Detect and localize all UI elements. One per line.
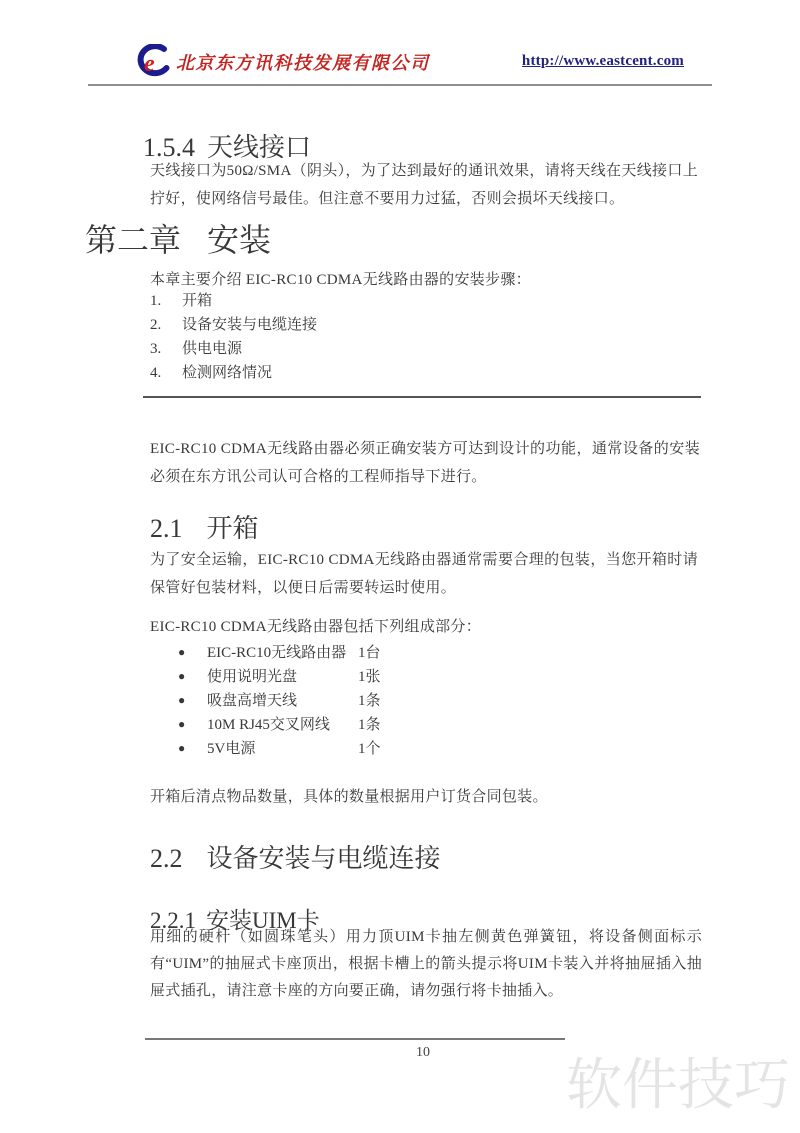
list-item: 设备安装与电缆连接 — [150, 313, 317, 337]
component-name: 使用说明光盘 — [207, 666, 358, 689]
chapter-heading: 第二章安装 — [85, 215, 271, 261]
section-heading-2-2: 2.2设备安装与电缆连接 — [150, 838, 441, 875]
section-number: 2.1 — [150, 514, 183, 543]
paragraph-uim-install: 用细的硬杆（如圆珠笔头）用力顶UIM卡抽左侧黄色弹簧钮，将设备侧面标示有“UIM… — [150, 924, 702, 1005]
paragraph-antenna: 天线接口为50Ω/SMA（阴头），为了达到最好的通讯效果，请将天线在天线接口上拧… — [150, 157, 698, 213]
svg-text:e: e — [144, 51, 155, 77]
list-item: EIC-RC10无线路由器1台 — [178, 641, 381, 665]
component-qty: 1条 — [358, 717, 381, 733]
component-name: 5V电源 — [207, 738, 358, 761]
list-item: 5V电源1个 — [178, 737, 381, 761]
component-qty: 1台 — [358, 645, 381, 661]
paragraph-packing: 为了安全运输，EIC-RC10 CDMA无线路由器通常需要合理的包装，当您开箱时… — [150, 546, 698, 602]
paragraph-components-intro: EIC-RC10 CDMA无线路由器包括下列组成部分： — [150, 613, 481, 641]
component-name: 10M RJ45交叉网线 — [207, 714, 358, 737]
eastcent-logo-icon: e — [133, 44, 173, 80]
list-item: 检测网络情况 — [150, 361, 317, 385]
chapter-number: 第二章 — [85, 222, 181, 258]
company-name: 北京东方讯科技发展有限公司 — [176, 49, 430, 75]
section-title: 开箱 — [207, 514, 259, 543]
company-url-link[interactable]: http://www.eastcent.com — [522, 53, 684, 70]
manual-page: e 北京东方讯科技发展有限公司 http://www.eastcent.com … — [0, 0, 800, 1133]
component-qty: 1张 — [358, 669, 381, 685]
chapter-title: 安装 — [207, 222, 271, 258]
paragraph-count-items: 开箱后清点物品数量，具体的数量根据用户订货合同包装。 — [150, 783, 548, 811]
section-heading-2-1: 2.1开箱 — [150, 508, 259, 545]
section-divider-line — [143, 396, 701, 398]
page-header: e 北京东方讯科技发展有限公司 http://www.eastcent.com — [88, 42, 712, 86]
section-number: 2.2 — [150, 844, 183, 873]
watermark-text: 软件技巧 — [566, 1041, 790, 1121]
list-item: 10M RJ45交叉网线1条 — [178, 713, 381, 737]
list-item: 供电电源 — [150, 337, 317, 361]
section-title: 设备安装与电缆连接 — [207, 844, 441, 873]
company-logo: e 北京东方讯科技发展有限公司 — [133, 44, 430, 80]
install-steps-list: 开箱 设备安装与电缆连接 供电电源 检测网络情况 — [150, 289, 317, 385]
components-list: EIC-RC10无线路由器1台 使用说明光盘1张 吸盘高增天线1条 10M RJ… — [178, 641, 381, 761]
component-qty: 1个 — [358, 741, 381, 757]
component-name: EIC-RC10无线路由器 — [207, 642, 358, 665]
list-item: 开箱 — [150, 289, 317, 313]
component-name: 吸盘高增天线 — [207, 690, 358, 713]
component-qty: 1条 — [358, 693, 381, 709]
paragraph-install-note: EIC-RC10 CDMA无线路由器必须正确安装方可达到设计的功能，通常设备的安… — [150, 435, 700, 491]
footer-divider-line — [145, 1038, 565, 1040]
list-item: 使用说明光盘1张 — [178, 665, 381, 689]
list-item: 吸盘高增天线1条 — [178, 689, 381, 713]
